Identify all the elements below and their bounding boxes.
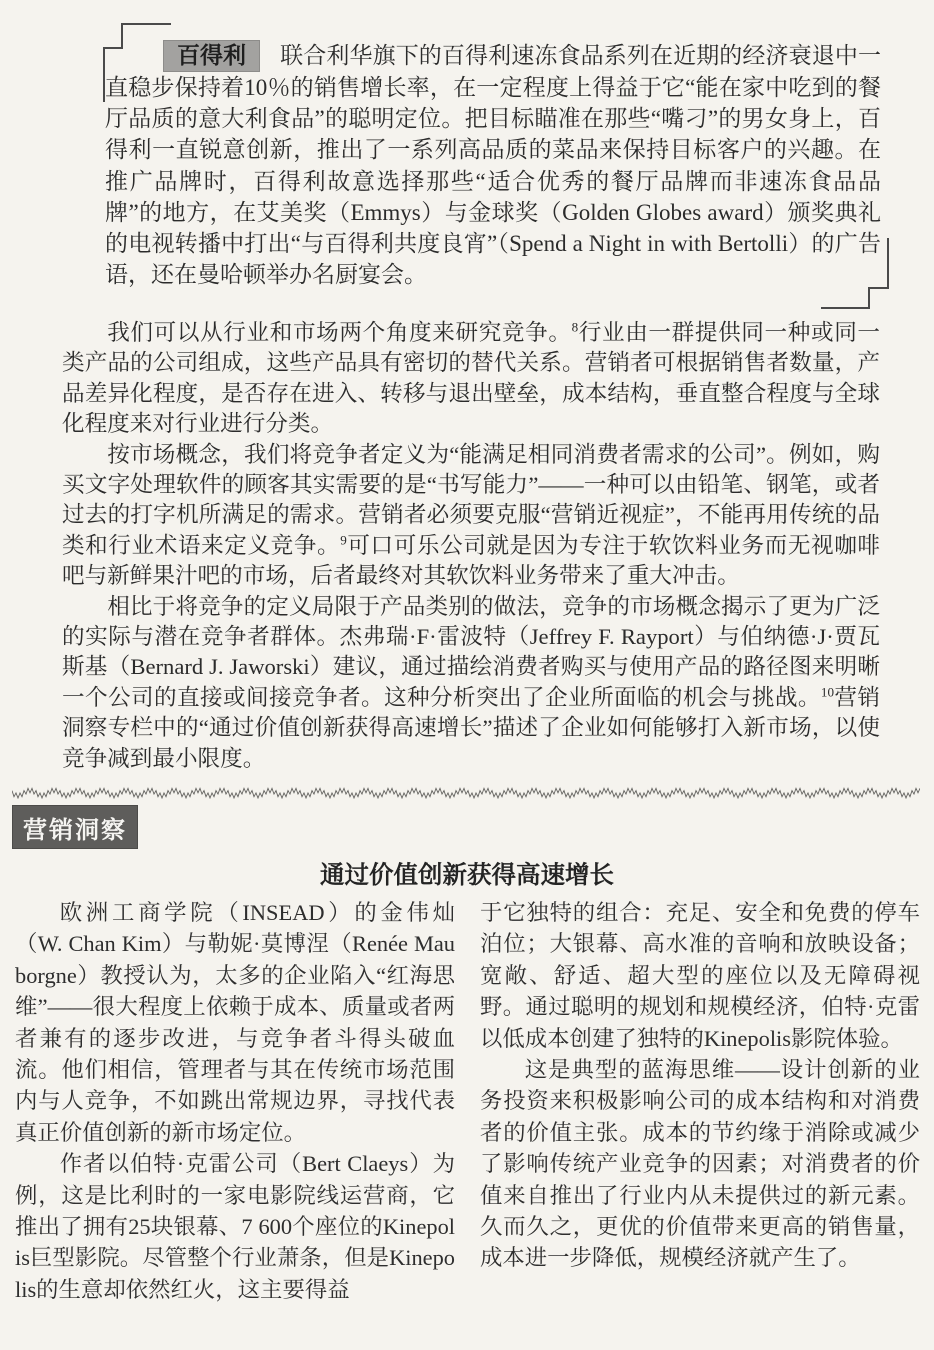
- insight-left-column: 欧洲工商学院（INSEAD）的金伟灿（W. Chan Kim）与勒妮·莫博涅（R…: [15, 897, 455, 1305]
- book-page: 百得利联合利华旗下的百得利速冻食品系列在近期的经济衰退中一直稳步保持着10％的销…: [0, 0, 934, 1350]
- insight-right-paragraph-1: 于它独特的组合：充足、安全和免费的停车泊位；大银幕、高水准的音响和放映设备；宽敞…: [480, 897, 920, 1054]
- insight-left-paragraph-2: 作者以伯特·克雷公司（Bert Claeys）为例，这是比利时的一家电影院线运营…: [15, 1148, 455, 1305]
- case-box-text: 联合利华旗下的百得利速冻食品系列在近期的经济衰退中一直稳步保持着10％的销售增长…: [105, 43, 881, 287]
- footnote-ref-10: 10: [821, 684, 834, 699]
- body-paragraph-3: 相比于将竞争的定义局限于产品类别的做法，竞争的市场概念揭示了更为广泛的实际与潜在…: [62, 592, 880, 774]
- insight-columns: 欧洲工商学院（INSEAD）的金伟灿（W. Chan Kim）与勒妮·莫博涅（R…: [15, 897, 920, 1305]
- case-box-label-badge: 百得利: [163, 40, 260, 72]
- insight-title: 通过价值创新获得高速增长: [0, 856, 934, 891]
- case-box: 百得利联合利华旗下的百得利速冻食品系列在近期的经济衰退中一直稳步保持着10％的销…: [105, 40, 881, 290]
- insight-right-column: 于它独特的组合：充足、安全和免费的停车泊位；大银幕、高水准的音响和放映设备；宽敞…: [480, 897, 920, 1305]
- insight-badge: 营销洞察: [12, 805, 138, 849]
- body-text-section: 我们可以从行业和市场两个角度来研究竞争。8行业由一群提供同一种或同一类产品的公司…: [62, 318, 880, 774]
- body-paragraph-1: 我们可以从行业和市场两个角度来研究竞争。8行业由一群提供同一种或同一类产品的公司…: [62, 318, 880, 440]
- insight-right-paragraph-2: 这是典型的蓝海思维——设计创新的业务投资来积极影响公司的成本结构和对消费者的价值…: [480, 1054, 920, 1274]
- wavy-divider: [12, 787, 920, 799]
- insight-left-paragraph-1: 欧洲工商学院（INSEAD）的金伟灿（W. Chan Kim）与勒妮·莫博涅（R…: [15, 897, 455, 1148]
- body-paragraph-2: 按市场概念，我们将竞争者定义为“能满足相同消费者需求的公司”。例如，购买文字处理…: [62, 440, 880, 592]
- insight-badge-label: 营销洞察: [23, 810, 127, 845]
